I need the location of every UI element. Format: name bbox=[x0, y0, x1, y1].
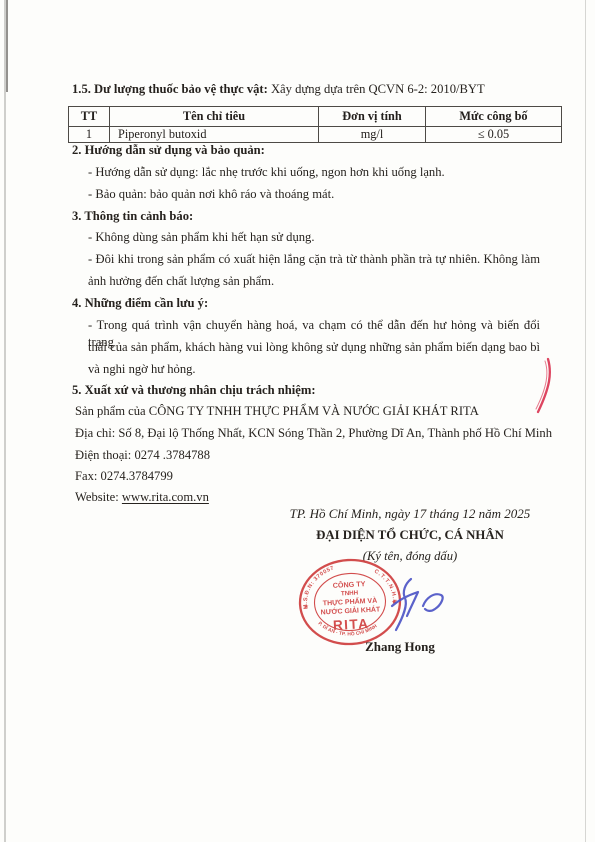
website-line: Website: www.rita.com.vn bbox=[75, 489, 209, 506]
warning-line-3: ảnh hưởng đến chất lượng sản phẩm. bbox=[88, 273, 274, 290]
red-pen-mark bbox=[527, 355, 559, 419]
phone-line: Điện thoại: 0274 .3784788 bbox=[75, 447, 210, 464]
residue-table-header-row: TT Tên chỉ tiêu Đơn vị tính Mức công bố bbox=[69, 107, 562, 127]
warning-line-1: - Không dùng sản phẩm khi hết hạn sử dụn… bbox=[88, 229, 315, 246]
col-header-tt: TT bbox=[69, 107, 110, 127]
website-label: Website: bbox=[75, 490, 122, 504]
storage-instruction-line: - Bảo quản: bảo quản nơi khô ráo và thoá… bbox=[88, 186, 334, 203]
signature-stroke-main bbox=[396, 579, 411, 630]
signer-name: Zhang Hong bbox=[350, 638, 450, 655]
address-line: Địa chỉ: Số 8, Đại lộ Thống Nhất, KCN Só… bbox=[75, 425, 552, 442]
place-date-line: TP. Hồ Chí Minh, ngày 17 tháng 12 năm 20… bbox=[285, 505, 535, 522]
note-line-3: và nghi ngờ hư hỏng. bbox=[88, 361, 196, 378]
col-header-unit: Đơn vị tính bbox=[319, 107, 426, 127]
residue-heading-bold: 1.5. Dư lượng thuốc bảo vệ thực vật: bbox=[72, 82, 268, 96]
manufacturer-line: Sản phẩm của CÔNG TY TNHH THỰC PHẨM VÀ N… bbox=[75, 403, 479, 420]
section-2-heading: 2. Hướng dẫn sử dụng và bảo quản: bbox=[72, 142, 265, 159]
residue-heading-rest: Xây dựng dựa trên QCVN 6-2: 2010/BYT bbox=[268, 82, 485, 96]
website-url: www.rita.com.vn bbox=[122, 490, 209, 504]
section-3-heading: 3. Thông tin cảnh báo: bbox=[72, 208, 193, 225]
residue-table-row: 1 Piperonyl butoxid mg/l ≤ 0.05 bbox=[69, 127, 562, 143]
residue-table: TT Tên chỉ tiêu Đơn vị tính Mức công bố … bbox=[68, 106, 562, 143]
pen-mark-stroke-1 bbox=[538, 359, 550, 412]
usage-instruction-line: - Hướng dẫn sử dụng: lắc nhẹ trước khi u… bbox=[88, 164, 445, 181]
fax-line: Fax: 0274.3784799 bbox=[75, 468, 173, 485]
residue-section-heading: 1.5. Dư lượng thuốc bảo vệ thực vật: Xây… bbox=[72, 81, 485, 98]
cell-declared-level: ≤ 0.05 bbox=[426, 127, 562, 143]
scan-edge-line-left-dark bbox=[6, 0, 8, 92]
cell-unit: mg/l bbox=[319, 127, 426, 143]
section-4-heading: 4. Những điểm cần lưu ý: bbox=[72, 295, 208, 312]
cell-tt: 1 bbox=[69, 127, 110, 143]
signature-stroke-tail bbox=[423, 594, 443, 611]
representative-title: ĐẠI DIỆN TỔ CHỨC, CÁ NHÂN bbox=[285, 527, 535, 544]
col-header-declared-level: Mức công bố bbox=[426, 107, 562, 127]
scan-edge-line-left bbox=[4, 0, 6, 842]
scanned-document-page: 1.5. Dư lượng thuốc bảo vệ thực vật: Xây… bbox=[0, 0, 595, 842]
scan-edge-line-right bbox=[585, 0, 586, 842]
note-line-2: thái của sản phẩm, khách hàng vui lòng k… bbox=[88, 339, 540, 356]
stamp-star-left-icon: ★ bbox=[303, 603, 309, 610]
section-5-heading: 5. Xuất xứ và thương nhân chịu trách nhi… bbox=[72, 382, 316, 399]
cell-criterion: Piperonyl butoxid bbox=[110, 127, 319, 143]
warning-line-2: - Đôi khi trong sản phẩm có xuất hiện lắ… bbox=[88, 251, 540, 268]
col-header-criterion: Tên chỉ tiêu bbox=[110, 107, 319, 127]
